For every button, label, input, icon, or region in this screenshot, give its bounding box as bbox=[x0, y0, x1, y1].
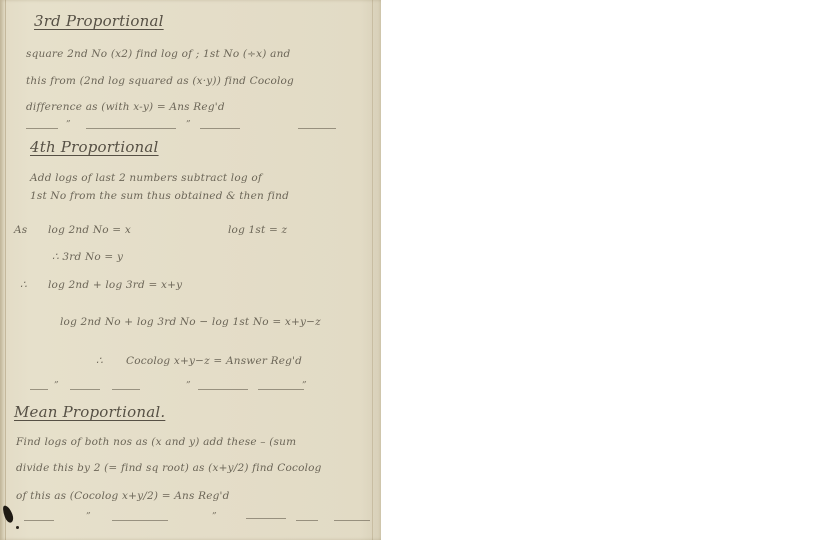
separator-rule bbox=[334, 520, 370, 521]
ditto-mark: ” bbox=[302, 381, 307, 391]
separator-rule bbox=[198, 389, 248, 390]
ditto-mark: ” bbox=[212, 512, 217, 522]
ditto-mark: ” bbox=[86, 512, 91, 522]
separator-rule bbox=[30, 389, 48, 390]
separator-rule bbox=[24, 520, 54, 521]
formula-line: ∴ 3rd No = y bbox=[52, 251, 123, 263]
ditto-mark: ” bbox=[54, 381, 59, 391]
text-line: difference as (with x-y) = Ans Reg'd bbox=[26, 101, 225, 113]
heading-mean-proportional: Mean Proportional. bbox=[14, 403, 165, 421]
ink-dot bbox=[16, 526, 19, 529]
formula-line: log 2nd No = x bbox=[48, 224, 131, 236]
notebook-page: 3rd Proportional square 2nd No (x2) find… bbox=[0, 0, 381, 540]
text-line: Add logs of last 2 numbers subtract log … bbox=[30, 172, 262, 184]
formula-as-label: As bbox=[14, 224, 27, 236]
therefore-symbol: ∴ bbox=[96, 355, 103, 367]
text-line: divide this by 2 (= find sq root) as (x+… bbox=[16, 462, 322, 474]
text-line: Find logs of both nos as (x and y) add t… bbox=[16, 436, 296, 448]
ditto-mark: ” bbox=[66, 120, 71, 130]
formula-line: log 1st = z bbox=[228, 224, 287, 236]
separator-rule bbox=[26, 128, 58, 129]
text-line: this from (2nd log squared as (x·y)) fin… bbox=[26, 75, 294, 87]
separator-rule bbox=[298, 128, 336, 129]
formula-line: Cocolog x+y−z = Answer Reg'd bbox=[126, 355, 302, 367]
formula-line: log 2nd + log 3rd = x+y bbox=[48, 279, 182, 291]
heading-4th-proportional: 4th Proportional bbox=[30, 138, 159, 156]
text-line: square 2nd No (x2) find log of ; 1st No … bbox=[26, 48, 290, 60]
separator-rule bbox=[258, 389, 304, 390]
separator-rule bbox=[112, 520, 168, 521]
separator-rule bbox=[70, 389, 100, 390]
ink-blot bbox=[1, 504, 15, 524]
formula-line: log 2nd No + log 3rd No − log 1st No = x… bbox=[60, 316, 321, 328]
therefore-symbol: ∴ bbox=[20, 279, 27, 291]
separator-rule bbox=[86, 128, 176, 129]
heading-3rd-proportional: 3rd Proportional bbox=[34, 12, 164, 30]
separator-rule bbox=[112, 389, 140, 390]
separator-rule bbox=[296, 520, 318, 521]
ditto-mark: ” bbox=[186, 381, 191, 391]
text-line: 1st No from the sum thus obtained & then… bbox=[30, 190, 289, 202]
separator-rule bbox=[246, 518, 286, 519]
text-line: of this as (Cocolog x+y/2) = Ans Reg'd bbox=[16, 490, 230, 502]
ditto-mark: ” bbox=[186, 120, 191, 130]
separator-rule bbox=[200, 128, 240, 129]
